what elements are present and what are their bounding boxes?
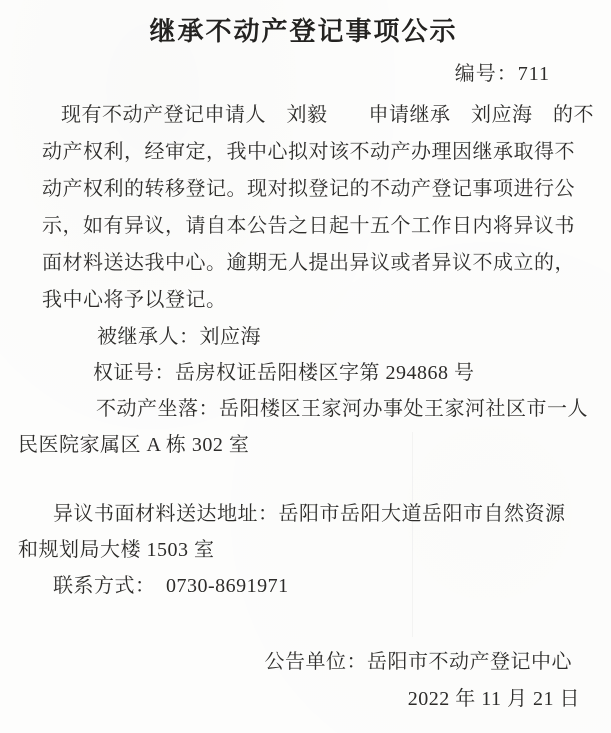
body-line: 示，如有异议，请自本公告之日起十五个工作日内将异议书: [42, 208, 581, 245]
objection-address-line: 异议书面材料送达地址：岳阳市岳阳大道岳阳市自然资源: [18, 496, 581, 532]
notice-body-paragraph: 现有不动产登记申请人 刘毅 申请继承 刘应海 的不 动产权利，经审定，我中心拟对…: [42, 97, 581, 319]
blank-line: [18, 463, 581, 496]
body-line: 现有不动产登记申请人 刘毅 申请继承 刘应海 的不: [42, 97, 581, 134]
property-location-line: 民医院家属区 A 栋 302 室: [18, 427, 581, 463]
objection-address-line: 和规划局大楼 1503 室: [18, 532, 581, 568]
date-line: 2022 年 11 月 21 日: [18, 681, 580, 718]
property-location-line: 不动产坐落：岳阳楼区王家河办事处王家河社区市一人: [18, 391, 581, 427]
body-line: 动产权利，经审定，我中心拟对该不动产办理因继承取得不: [42, 134, 581, 171]
issuer-line: 公告单位：岳阳市不动产登记中心: [18, 644, 572, 681]
doc-number: 编号：711: [18, 56, 550, 92]
certificate-number-line: 权证号：岳房权证岳阳楼区字第 294868 号: [18, 355, 581, 391]
body-line: 我中心将予以登记。: [42, 282, 581, 319]
body-line: 面材料送达我中心。逾期无人提出异议或者异议不成立的，: [42, 245, 581, 282]
contact-phone-line: 联系方式： 0730-8691971: [18, 568, 581, 604]
decedent-line: 被继承人：刘应海: [18, 319, 581, 355]
body-line: 动产权利的转移登记。现对拟登记的不动产登记事项进行公: [42, 171, 581, 208]
blank-line: [18, 604, 581, 644]
notice-title: 继承不动产登记事项公示: [26, 14, 581, 48]
notice-document: 继承不动产登记事项公示 编号：711 现有不动产登记申请人 刘毅 申请继承 刘应…: [0, 0, 611, 733]
